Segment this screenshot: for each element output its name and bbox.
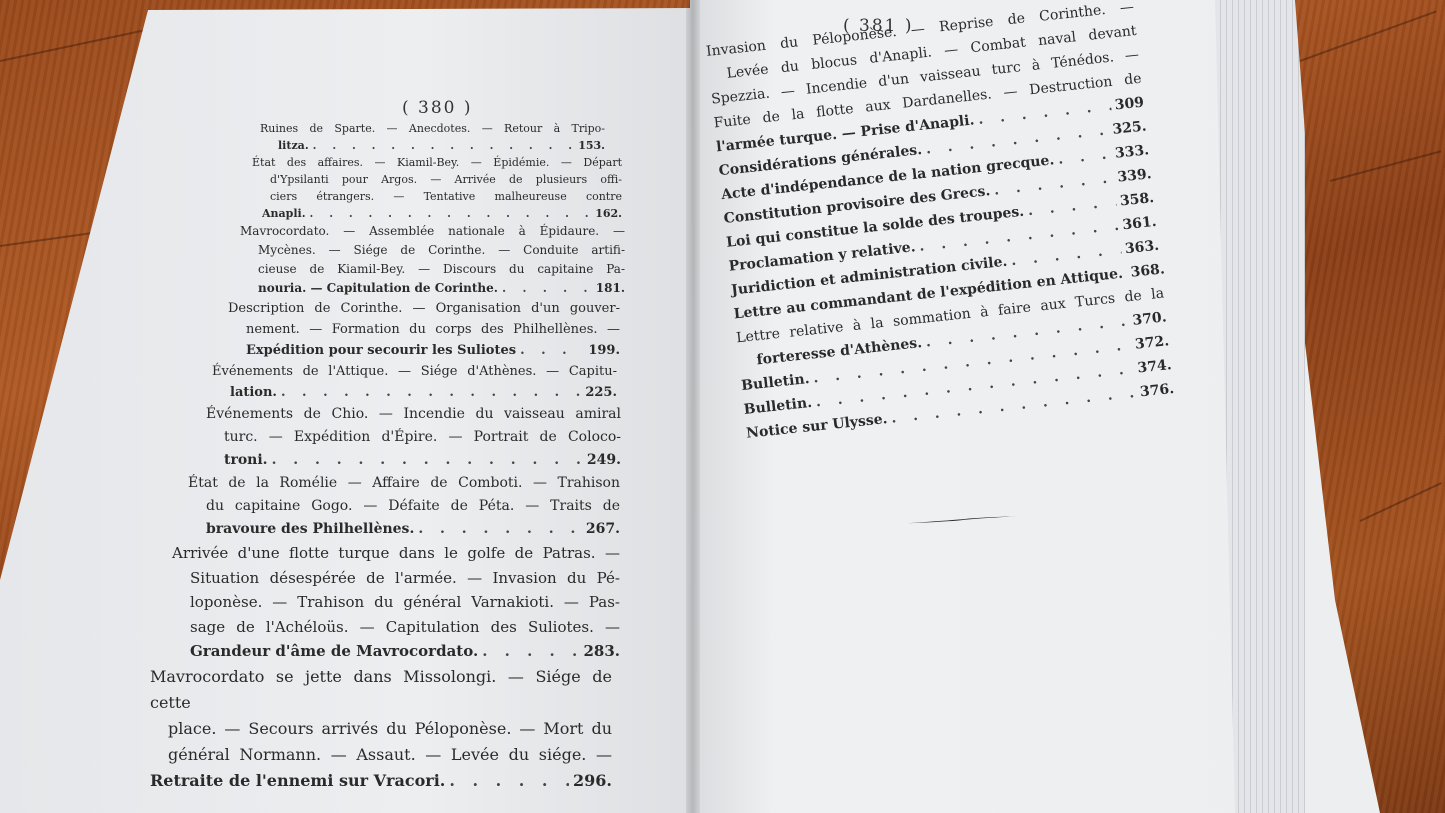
toc-entry: Ruines de Sparte. — Anecdotes. — Retour … [260, 120, 605, 154]
toc-entry: Arrivée d'une flotte turque dans le golf… [172, 541, 620, 664]
toc-page-number: 370. [1131, 305, 1167, 332]
toc-line: d'Ypsilanti pour Argos. — Arrivée de plu… [252, 171, 622, 188]
toc-page-number: 374. [1136, 353, 1172, 380]
toc-page-number: 372. [1134, 329, 1170, 356]
leader-dots [520, 340, 584, 361]
toc-entry: Événements de Chio. — Incendie du vaisse… [206, 403, 621, 472]
toc-line: litza. [278, 137, 309, 154]
toc-entry: État de la Romélie — Affaire de Comboti.… [188, 472, 620, 541]
toc-page-number: 283. [583, 639, 620, 664]
leader-dots [502, 279, 592, 298]
toc-line: lation. [230, 382, 277, 403]
toc-line: Situation désespérée de l'armée. — Invas… [172, 566, 620, 591]
toc-line: Ruines de Sparte. — Anecdotes. — Retour … [260, 120, 605, 137]
toc-line: Mavrocordato se jette dans Missolongi. —… [150, 664, 612, 716]
toc-line: ciers étrangers. — Tentative malheureuse… [252, 188, 622, 205]
toc-line: Anapli. [262, 205, 306, 222]
toc-line: turc. — Expédition d'Épire. — Portrait d… [206, 426, 621, 449]
toc-line: loponèse. — Trahison du général Varnakio… [172, 590, 620, 615]
toc-line: Mavrocordato. — Assemblée nationale à Ép… [240, 222, 625, 241]
leader-dots [482, 639, 579, 664]
toc-entry: Mavrocordato se jette dans Missolongi. —… [150, 664, 612, 794]
toc-entry: État des affaires. — Kiamil-Bey. — Épidé… [252, 154, 622, 222]
toc-page-number: 309 [1114, 91, 1146, 118]
right-toc: Invasion du Péloponèse. — Reprise de Cor… [705, 0, 1175, 446]
toc-page-number: 358. [1119, 186, 1155, 213]
leader-dots [313, 137, 575, 154]
toc-line: Retraite de l'ennemi sur Vracori. [150, 768, 445, 794]
toc-line: général Normann. — Assaut. — Levée du si… [150, 742, 612, 768]
toc-entry: Description de Corinthe. — Organisation … [228, 298, 620, 361]
left-toc: Ruines de Sparte. — Anecdotes. — Retour … [150, 120, 620, 794]
toc-line: Expédition pour secourir les Suliotes [246, 340, 516, 361]
toc-page-number: 333. [1114, 138, 1150, 165]
toc-page-number: 153. [578, 137, 605, 154]
left-page-number: ( 380 ) [402, 98, 473, 118]
toc-line: place. — Secours arrivés du Péloponèse. … [150, 716, 612, 742]
toc-line: État de la Romélie — Affaire de Comboti.… [188, 472, 620, 495]
toc-page-number: 162. [595, 205, 622, 222]
toc-entry: Événements de l'Attique. — Siége d'Athèn… [212, 361, 617, 403]
toc-line: bravoure des Philhellènes. [206, 518, 414, 541]
leader-dots [281, 382, 581, 403]
toc-line: nement. — Formation du corps des Philhel… [228, 319, 620, 340]
leader-dots [272, 449, 583, 472]
toc-page-number: 363. [1124, 234, 1160, 261]
leader-dots [418, 518, 582, 541]
toc-line: sage de l'Achéloüs. — Capitulation des S… [172, 615, 620, 640]
toc-line: Mycènes. — Siége de Corinthe. — Conduite… [240, 241, 625, 260]
toc-page-number: 267. [586, 518, 620, 541]
wood-seam [1360, 482, 1442, 522]
toc-line: troni. [224, 449, 268, 472]
leader-dots [1126, 261, 1129, 285]
toc-line: Arrivée d'une flotte turque dans le golf… [172, 541, 620, 566]
toc-page-number: 199. [588, 340, 620, 361]
leader-dots [449, 768, 569, 794]
toc-page-number: 225. [585, 382, 617, 403]
toc-page-number: 249. [587, 449, 621, 472]
toc-entry: Mavrocordato. — Assemblée nationale à Ép… [240, 222, 625, 298]
toc-line: Description de Corinthe. — Organisation … [228, 298, 620, 319]
toc-line: Événements de Chio. — Incendie du vaisse… [206, 403, 621, 426]
leader-dots [310, 205, 592, 222]
wood-seam [1330, 150, 1442, 182]
toc-line: Événements de l'Attique. — Siége d'Athèn… [212, 361, 617, 382]
toc-line: nouria. — Capitulation de Corinthe. [258, 279, 498, 298]
toc-page-number: 361. [1121, 210, 1157, 237]
toc-page-number: 181. [596, 279, 625, 298]
toc-line: État des affaires. — Kiamil-Bey. — Épidé… [252, 154, 622, 171]
toc-page-number: 325. [1111, 114, 1147, 141]
book-gutter [686, 0, 700, 813]
toc-page-number: 296. [573, 768, 612, 794]
toc-line: cieuse de Kiamil-Bey. — Discours du capi… [240, 260, 625, 279]
toc-page-number: 339. [1116, 162, 1152, 189]
wood-seam [0, 27, 157, 62]
toc-page-number: 376. [1139, 377, 1175, 404]
wood-seam [1300, 10, 1437, 61]
toc-line: du capitaine Gogo. — Défaite de Péta. — … [188, 495, 620, 518]
toc-line: Grandeur d'âme de Mavrocordato. [190, 639, 478, 664]
toc-page-number: 368. [1129, 257, 1165, 284]
